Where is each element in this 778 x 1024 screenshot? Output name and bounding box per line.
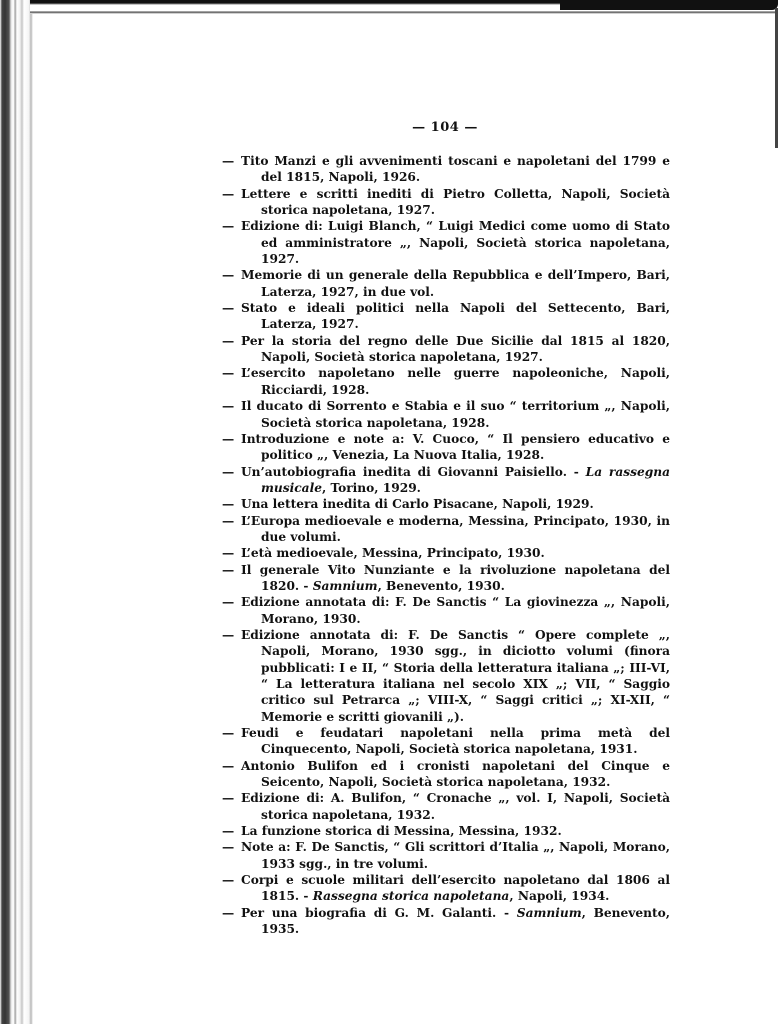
entry-text: L’età medioevale, Messina, Principato, 1…	[241, 546, 545, 560]
bibliography-entry: —L’età medioevale, Messina, Principato, …	[222, 545, 670, 561]
entry-text: Per la storia del regno delle Due Sicili…	[241, 334, 670, 364]
page-number: — 104 —	[0, 120, 778, 135]
entry-text: Il ducato di Sorrento e Stabia e il suo …	[241, 399, 670, 429]
entry-text: Tito Manzi e gli avvenimenti toscani e n…	[241, 154, 670, 184]
entry-dash: —	[222, 594, 241, 610]
bibliography-entry: —Antonio Bulifon ed i cronisti napoletan…	[222, 758, 670, 791]
entry-dash: —	[222, 431, 241, 447]
entry-text: Introduzione e note a: V. Cuoco, “ Il pe…	[241, 432, 670, 462]
entry-dash: —	[222, 725, 241, 741]
entry-text: Edizione di: Luigi Blanch, “ Luigi Medic…	[241, 219, 670, 266]
entry-dash: —	[222, 218, 241, 234]
entry-text: Edizione annotata di: F. De Sanctis “ La…	[241, 595, 670, 625]
bibliography-list: —Tito Manzi e gli avvenimenti toscani e …	[222, 153, 670, 938]
entry-dash: —	[222, 562, 241, 578]
entry-dash: —	[222, 627, 241, 643]
bibliography-entry: —Tito Manzi e gli avvenimenti toscani e …	[222, 153, 670, 186]
entry-dash: —	[222, 758, 241, 774]
bibliography-entry: —Una lettera inedita di Carlo Pisacane, …	[222, 496, 670, 512]
bibliography-entry: —Introduzione e note a: V. Cuoco, “ Il p…	[222, 431, 670, 464]
entry-text: Un’autobiografia inedita di Giovanni Pai…	[241, 465, 586, 479]
entry-text: Edizione di: A. Bulifon, “ Cronache „, v…	[241, 791, 670, 821]
entry-dash: —	[222, 872, 241, 888]
entry-dash: —	[222, 464, 241, 480]
entry-text: Note a: F. De Sanctis, “ Gli scrittori d…	[241, 840, 670, 870]
entry-text: Feudi e feudatari napoletani nella prima…	[241, 726, 670, 756]
entry-dash: —	[222, 823, 241, 839]
entry-text: Edizione annotata di: F. De Sanctis “ Op…	[241, 628, 670, 724]
entry-dash: —	[222, 300, 241, 316]
entry-tail: , Torino, 1929.	[322, 481, 421, 495]
journal-title: Samnium	[517, 906, 582, 920]
bibliography-entry: —Il ducato di Sorrento e Stabia e il suo…	[222, 398, 670, 431]
bibliography-entry: —La funzione storica di Messina, Messina…	[222, 823, 670, 839]
entry-text: Per una biografia di G. M. Galanti. -	[241, 906, 517, 920]
scan-top-right-shadow	[560, 0, 778, 10]
journal-title: Samnium	[313, 579, 378, 593]
entry-dash: —	[222, 513, 241, 529]
entry-tail: , Napoli, 1934.	[509, 889, 609, 903]
entry-dash: —	[222, 267, 241, 283]
bibliography-entry: —Per la storia del regno delle Due Sicil…	[222, 333, 670, 366]
entry-dash: —	[222, 839, 241, 855]
bibliography-entry: —Edizione di: Luigi Blanch, “ Luigi Medi…	[222, 218, 670, 267]
bibliography-entry: —Il generale Vito Nunziante e la rivoluz…	[222, 562, 670, 595]
entry-dash: —	[222, 153, 241, 169]
bibliography-entry: —Edizione annotata di: F. De Sanctis “ O…	[222, 627, 670, 725]
entry-dash: —	[222, 496, 241, 512]
entry-text: L’Europa medioevale e moderna, Messina, …	[241, 514, 670, 544]
entry-dash: —	[222, 186, 241, 202]
entry-dash: —	[222, 398, 241, 414]
entry-dash: —	[222, 905, 241, 921]
entry-text: Una lettera inedita di Carlo Pisacane, N…	[241, 497, 594, 511]
bibliography-entry: —Un’autobiografia inedita di Giovanni Pa…	[222, 464, 670, 497]
bibliography-entry: —Per una biografia di G. M. Galanti. - S…	[222, 905, 670, 938]
entry-dash: —	[222, 333, 241, 349]
entry-text: Stato e ideali politici nella Napoli del…	[241, 301, 670, 331]
entry-text: Antonio Bulifon ed i cronisti napoletani…	[241, 759, 670, 789]
entry-dash: —	[222, 365, 241, 381]
entry-text: L’esercito napoletano nelle guerre napol…	[241, 366, 670, 396]
bibliography-entry: —Lettere e scritti inediti di Pietro Col…	[222, 186, 670, 219]
entry-text: Memorie di un generale della Repubblica …	[241, 268, 670, 298]
entry-text: La funzione storica di Messina, Messina,…	[241, 824, 562, 838]
entry-tail: , Benevento, 1930.	[378, 579, 505, 593]
scan-binding-edge	[0, 0, 38, 1024]
bibliography-entry: —Memorie di un generale della Repubblica…	[222, 267, 670, 300]
bibliography-entry: —Feudi e feudatari napoletani nella prim…	[222, 725, 670, 758]
bibliography-entry: —Edizione di: A. Bulifon, “ Cronache „, …	[222, 790, 670, 823]
journal-title: Rassegna storica napoletana	[313, 889, 510, 903]
bibliography-entry: —L’Europa medioevale e moderna, Messina,…	[222, 513, 670, 546]
bibliography-entry: —L’esercito napoletano nelle guerre napo…	[222, 365, 670, 398]
bibliography-entry: —Edizione annotata di: F. De Sanctis “ L…	[222, 594, 670, 627]
bibliography-entry: —Stato e ideali politici nella Napoli de…	[222, 300, 670, 333]
bibliography-entry: —Note a: F. De Sanctis, “ Gli scrittori …	[222, 839, 670, 872]
entry-text: Lettere e scritti inediti di Pietro Coll…	[241, 187, 670, 217]
entry-dash: —	[222, 545, 241, 561]
entry-dash: —	[222, 790, 241, 806]
bibliography-entry: —Corpi e scuole militari dell’esercito n…	[222, 872, 670, 905]
